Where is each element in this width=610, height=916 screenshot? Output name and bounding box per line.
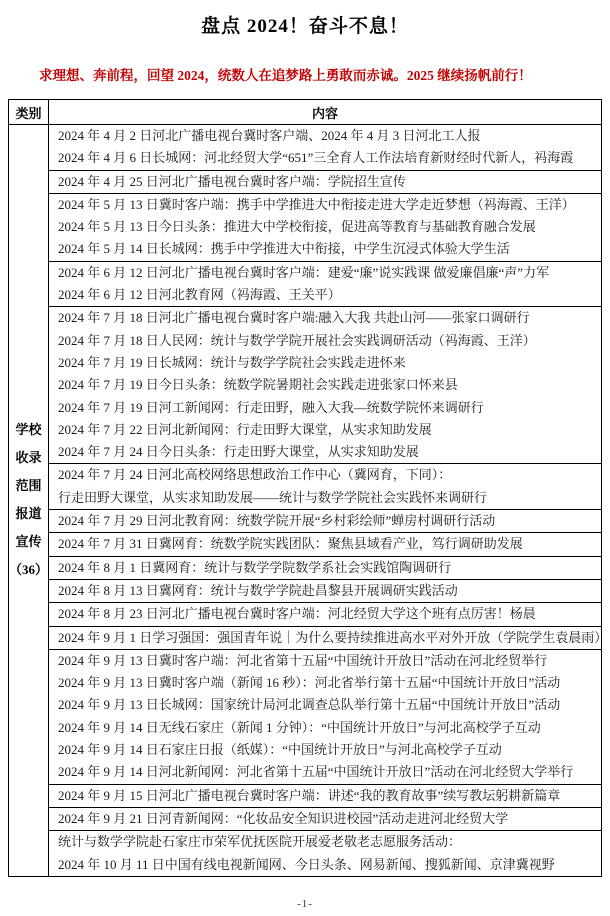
report-line: 2024 年 7 月 24 日河北高校网络思想政治工作中心（冀网育，下同）： — [58, 464, 599, 486]
report-line: 2024 年 7 月 24 日今日头条：行走田野大课堂，从实求知助发展 — [58, 441, 599, 463]
table-header-row: 类别 内容 — [9, 100, 602, 125]
content-cell: 2024 年 4 月 2 日河北广播电视台冀时客户端、2024 年 4 月 3 … — [49, 125, 602, 171]
content-cell: 统计与数学学院赴石家庄市荣军优抚医院开展爱老敬老志愿服务活动：2024 年 10… — [49, 831, 602, 877]
category-line: 收录 — [9, 444, 48, 472]
category-line: 范围 — [9, 472, 48, 500]
table-row: 2024 年 9 月 1 日学习强国：强国青年说｜为什么要持续推进高水平对外开放… — [9, 626, 602, 649]
table-row: 2024 年 8 月 1 日冀网育：统计与数学学院数学系社会实践馆陶调研行 — [9, 556, 602, 579]
report-line: 行走田野大课堂，从实求知助发展——统计与数学学院社会实践怀来调研行 — [58, 487, 599, 509]
page-title: 盘点 2024！奋斗不息！ — [8, 14, 602, 40]
content-cell: 2024 年 7 月 31 日冀网育：统数学院实践团队：聚焦县域看产业，笃行调研… — [49, 533, 602, 556]
table-row: 2024 年 7 月 18 日河北广播电视台冀时客户端:融入大我 共赴山河——张… — [9, 307, 602, 464]
report-line: 2024 年 4 月 25 日河北广播电视台冀时客户端：学院招生宣传 — [58, 171, 599, 193]
table-row: 2024 年 8 月 13 日冀网育：统计与数学学院赴昌黎县开展调研实践活动 — [9, 579, 602, 602]
report-line: 2024 年 7 月 31 日冀网育：统数学院实践团队：聚焦县域看产业，笃行调研… — [58, 533, 599, 555]
table-row: 2024 年 4 月 25 日河北广播电视台冀时客户端：学院招生宣传 — [9, 170, 602, 193]
page-number: -1- — [0, 898, 610, 910]
content-cell: 2024 年 9 月 1 日学习强国：强国青年说｜为什么要持续推进高水平对外开放… — [49, 626, 602, 649]
report-line: 2024 年 7 月 22 日河北新闻网：行走田野大课堂，从实求知助发展 — [58, 419, 599, 441]
report-line: 2024 年 5 月 13 日今日头条：推进大中学校衔接，促进高等教育与基础教育… — [58, 216, 599, 238]
report-line: 2024 年 4 月 2 日河北广播电视台冀时客户端、2024 年 4 月 3 … — [58, 125, 599, 147]
report-line: 2024 年 7 月 19 日今日头条：统数学院暑期社会实践走进张家口怀来县 — [58, 374, 599, 396]
col-header-content: 内容 — [49, 100, 602, 125]
content-cell: 2024 年 7 月 18 日河北广播电视台冀时客户端:融入大我 共赴山河——张… — [49, 307, 602, 464]
content-cell: 2024 年 9 月 21 日河青新闻网：“化妆品安全知识进校园”活动走进河北经… — [49, 807, 602, 830]
report-line: 2024 年 5 月 13 日冀时客户端：携手中学推进大中衔接走进大学走近梦想（… — [58, 194, 599, 216]
content-cell: 2024 年 4 月 25 日河北广播电视台冀时客户端：学院招生宣传 — [49, 170, 602, 193]
table-row: 2024 年 9 月 21 日河青新闻网：“化妆品安全知识进校园”活动走进河北经… — [9, 807, 602, 830]
content-cell: 2024 年 6 月 12 日河北广播电视台冀时客户端：建爱“廉”说实践课 做爱… — [49, 261, 602, 307]
report-line: 统计与数学学院赴石家庄市荣军优抚医院开展爱老敬老志愿服务活动： — [58, 831, 599, 853]
report-line: 2024 年 9 月 1 日学习强国：强国青年说｜为什么要持续推进高水平对外开放… — [58, 627, 599, 649]
report-line: 2024 年 10 月 11 日中国有线电视新闻网、今日头条、网易新闻、搜狐新闻… — [58, 854, 599, 876]
category-line: 学校 — [9, 416, 48, 444]
report-table: 类别 内容 学校收录范围报道宣传（36）2024 年 4 月 2 日河北广播电视… — [8, 99, 602, 877]
category-cell: 学校收录范围报道宣传（36） — [9, 125, 49, 877]
table-row: 2024 年 7 月 29 日河北教育网：统数学院开展“乡村彩绘师”蝉房村调研行… — [9, 510, 602, 533]
report-line: 2024 年 7 月 18 日河北广播电视台冀时客户端:融入大我 共赴山河——张… — [58, 307, 599, 329]
category-line: 宣传 — [9, 528, 48, 556]
report-line: 2024 年 6 月 12 日河北广播电视台冀时客户端：建爱“廉”说实践课 做爱… — [58, 262, 599, 284]
content-cell: 2024 年 8 月 23 日河北广播电视台冀时客户端：河北经贸大学这个班有点厉… — [49, 603, 602, 626]
content-cell: 2024 年 9 月 15 日河北广播电视台冀时客户端：讲述“我的教育故事”续写… — [49, 784, 602, 807]
report-line: 2024 年 6 月 12 日河北教育网（祃海霞、王关平） — [58, 284, 599, 306]
report-line: 2024 年 8 月 13 日冀网育：统计与数学学院赴昌黎县开展调研实践活动 — [58, 580, 599, 602]
table-row: 统计与数学学院赴石家庄市荣军优抚医院开展爱老敬老志愿服务活动：2024 年 10… — [9, 831, 602, 877]
report-line: 2024 年 9 月 14 日无线石家庄（新闻 1 分钟）：“中国统计开放日”与… — [58, 717, 599, 739]
content-cell: 2024 年 8 月 1 日冀网育：统计与数学学院数学系社会实践馆陶调研行 — [49, 556, 602, 579]
content-cell: 2024 年 9 月 13 日冀时客户端：河北省第十五届“中国统计开放日”活动在… — [49, 649, 602, 784]
category-line: 报道 — [9, 500, 48, 528]
report-line: 2024 年 9 月 13 日长城网：国家统计局河北调查总队举行第十五届“中国统… — [58, 694, 599, 716]
table-row: 2024 年 9 月 13 日冀时客户端：河北省第十五届“中国统计开放日”活动在… — [9, 649, 602, 784]
report-line: 2024 年 9 月 13 日冀时客户端（新闻 16 秒）：河北省举行第十五届“… — [58, 672, 599, 694]
report-line: 2024 年 9 月 15 日河北广播电视台冀时客户端：讲述“我的教育故事”续写… — [58, 785, 599, 807]
report-line: 2024 年 9 月 14 日石家庄日报（纸媒）：“中国统计开放日”与河北高校学… — [58, 739, 599, 761]
report-line: 2024 年 5 月 14 日长城网：携手中学推进大中衔接，中学生沉浸式体验大学… — [58, 238, 599, 260]
table-row: 2024 年 8 月 23 日河北广播电视台冀时客户端：河北经贸大学这个班有点厉… — [9, 603, 602, 626]
table-row: 学校收录范围报道宣传（36）2024 年 4 月 2 日河北广播电视台冀时客户端… — [9, 125, 602, 171]
document-page: 盘点 2024！奋斗不息！ 求理想、奔前程，回望 2024，统数人在追梦路上勇敢… — [0, 0, 610, 916]
report-line: 2024 年 8 月 23 日河北广播电视台冀时客户端：河北经贸大学这个班有点厉… — [58, 603, 599, 625]
content-cell: 2024 年 8 月 13 日冀网育：统计与数学学院赴昌黎县开展调研实践活动 — [49, 579, 602, 602]
col-header-category: 类别 — [9, 100, 49, 125]
report-line: 2024 年 7 月 29 日河北教育网：统数学院开展“乡村彩绘师”蝉房村调研行… — [58, 510, 599, 532]
content-cell: 2024 年 7 月 29 日河北教育网：统数学院开展“乡村彩绘师”蝉房村调研行… — [49, 510, 602, 533]
report-line: 2024 年 7 月 19 日长城网：统计与数学学院社会实践走进怀来 — [58, 352, 599, 374]
report-line: 2024 年 8 月 1 日冀网育：统计与数学学院数学系社会实践馆陶调研行 — [58, 557, 599, 579]
subtitle: 求理想、奔前程，回望 2024，统数人在追梦路上勇敢而赤诚。2025 继续扬帆前… — [12, 66, 598, 85]
report-line: 2024 年 9 月 14 日河北新闻网：河北省第十五届“中国统计开放日”活动在… — [58, 761, 599, 783]
category-line: （36） — [9, 556, 48, 584]
table-row: 2024 年 7 月 31 日冀网育：统数学院实践团队：聚焦县域看产业，笃行调研… — [9, 533, 602, 556]
report-table-body: 学校收录范围报道宣传（36）2024 年 4 月 2 日河北广播电视台冀时客户端… — [9, 125, 602, 877]
report-line: 2024 年 9 月 13 日冀时客户端：河北省第十五届“中国统计开放日”活动在… — [58, 650, 599, 672]
table-row: 2024 年 7 月 24 日河北高校网络思想政治工作中心（冀网育，下同）：行走… — [9, 464, 602, 510]
table-row: 2024 年 9 月 15 日河北广播电视台冀时客户端：讲述“我的教育故事”续写… — [9, 784, 602, 807]
content-cell: 2024 年 5 月 13 日冀时客户端：携手中学推进大中衔接走进大学走近梦想（… — [49, 193, 602, 261]
report-line: 2024 年 7 月 18 日人民网：统计与数学学院开展社会实践调研活动（祃海霞… — [58, 330, 599, 352]
report-line: 2024 年 4 月 6 日长城网：河北经贸大学“651”三全育人工作法培育新财… — [58, 147, 599, 169]
content-cell: 2024 年 7 月 24 日河北高校网络思想政治工作中心（冀网育，下同）：行走… — [49, 464, 602, 510]
table-row: 2024 年 5 月 13 日冀时客户端：携手中学推进大中衔接走进大学走近梦想（… — [9, 193, 602, 261]
report-line: 2024 年 7 月 19 日河工新闻网：行走田野，融入大我—统数学院怀来调研行 — [58, 397, 599, 419]
table-row: 2024 年 6 月 12 日河北广播电视台冀时客户端：建爱“廉”说实践课 做爱… — [9, 261, 602, 307]
report-line: 2024 年 9 月 21 日河青新闻网：“化妆品安全知识进校园”活动走进河北经… — [58, 808, 599, 830]
